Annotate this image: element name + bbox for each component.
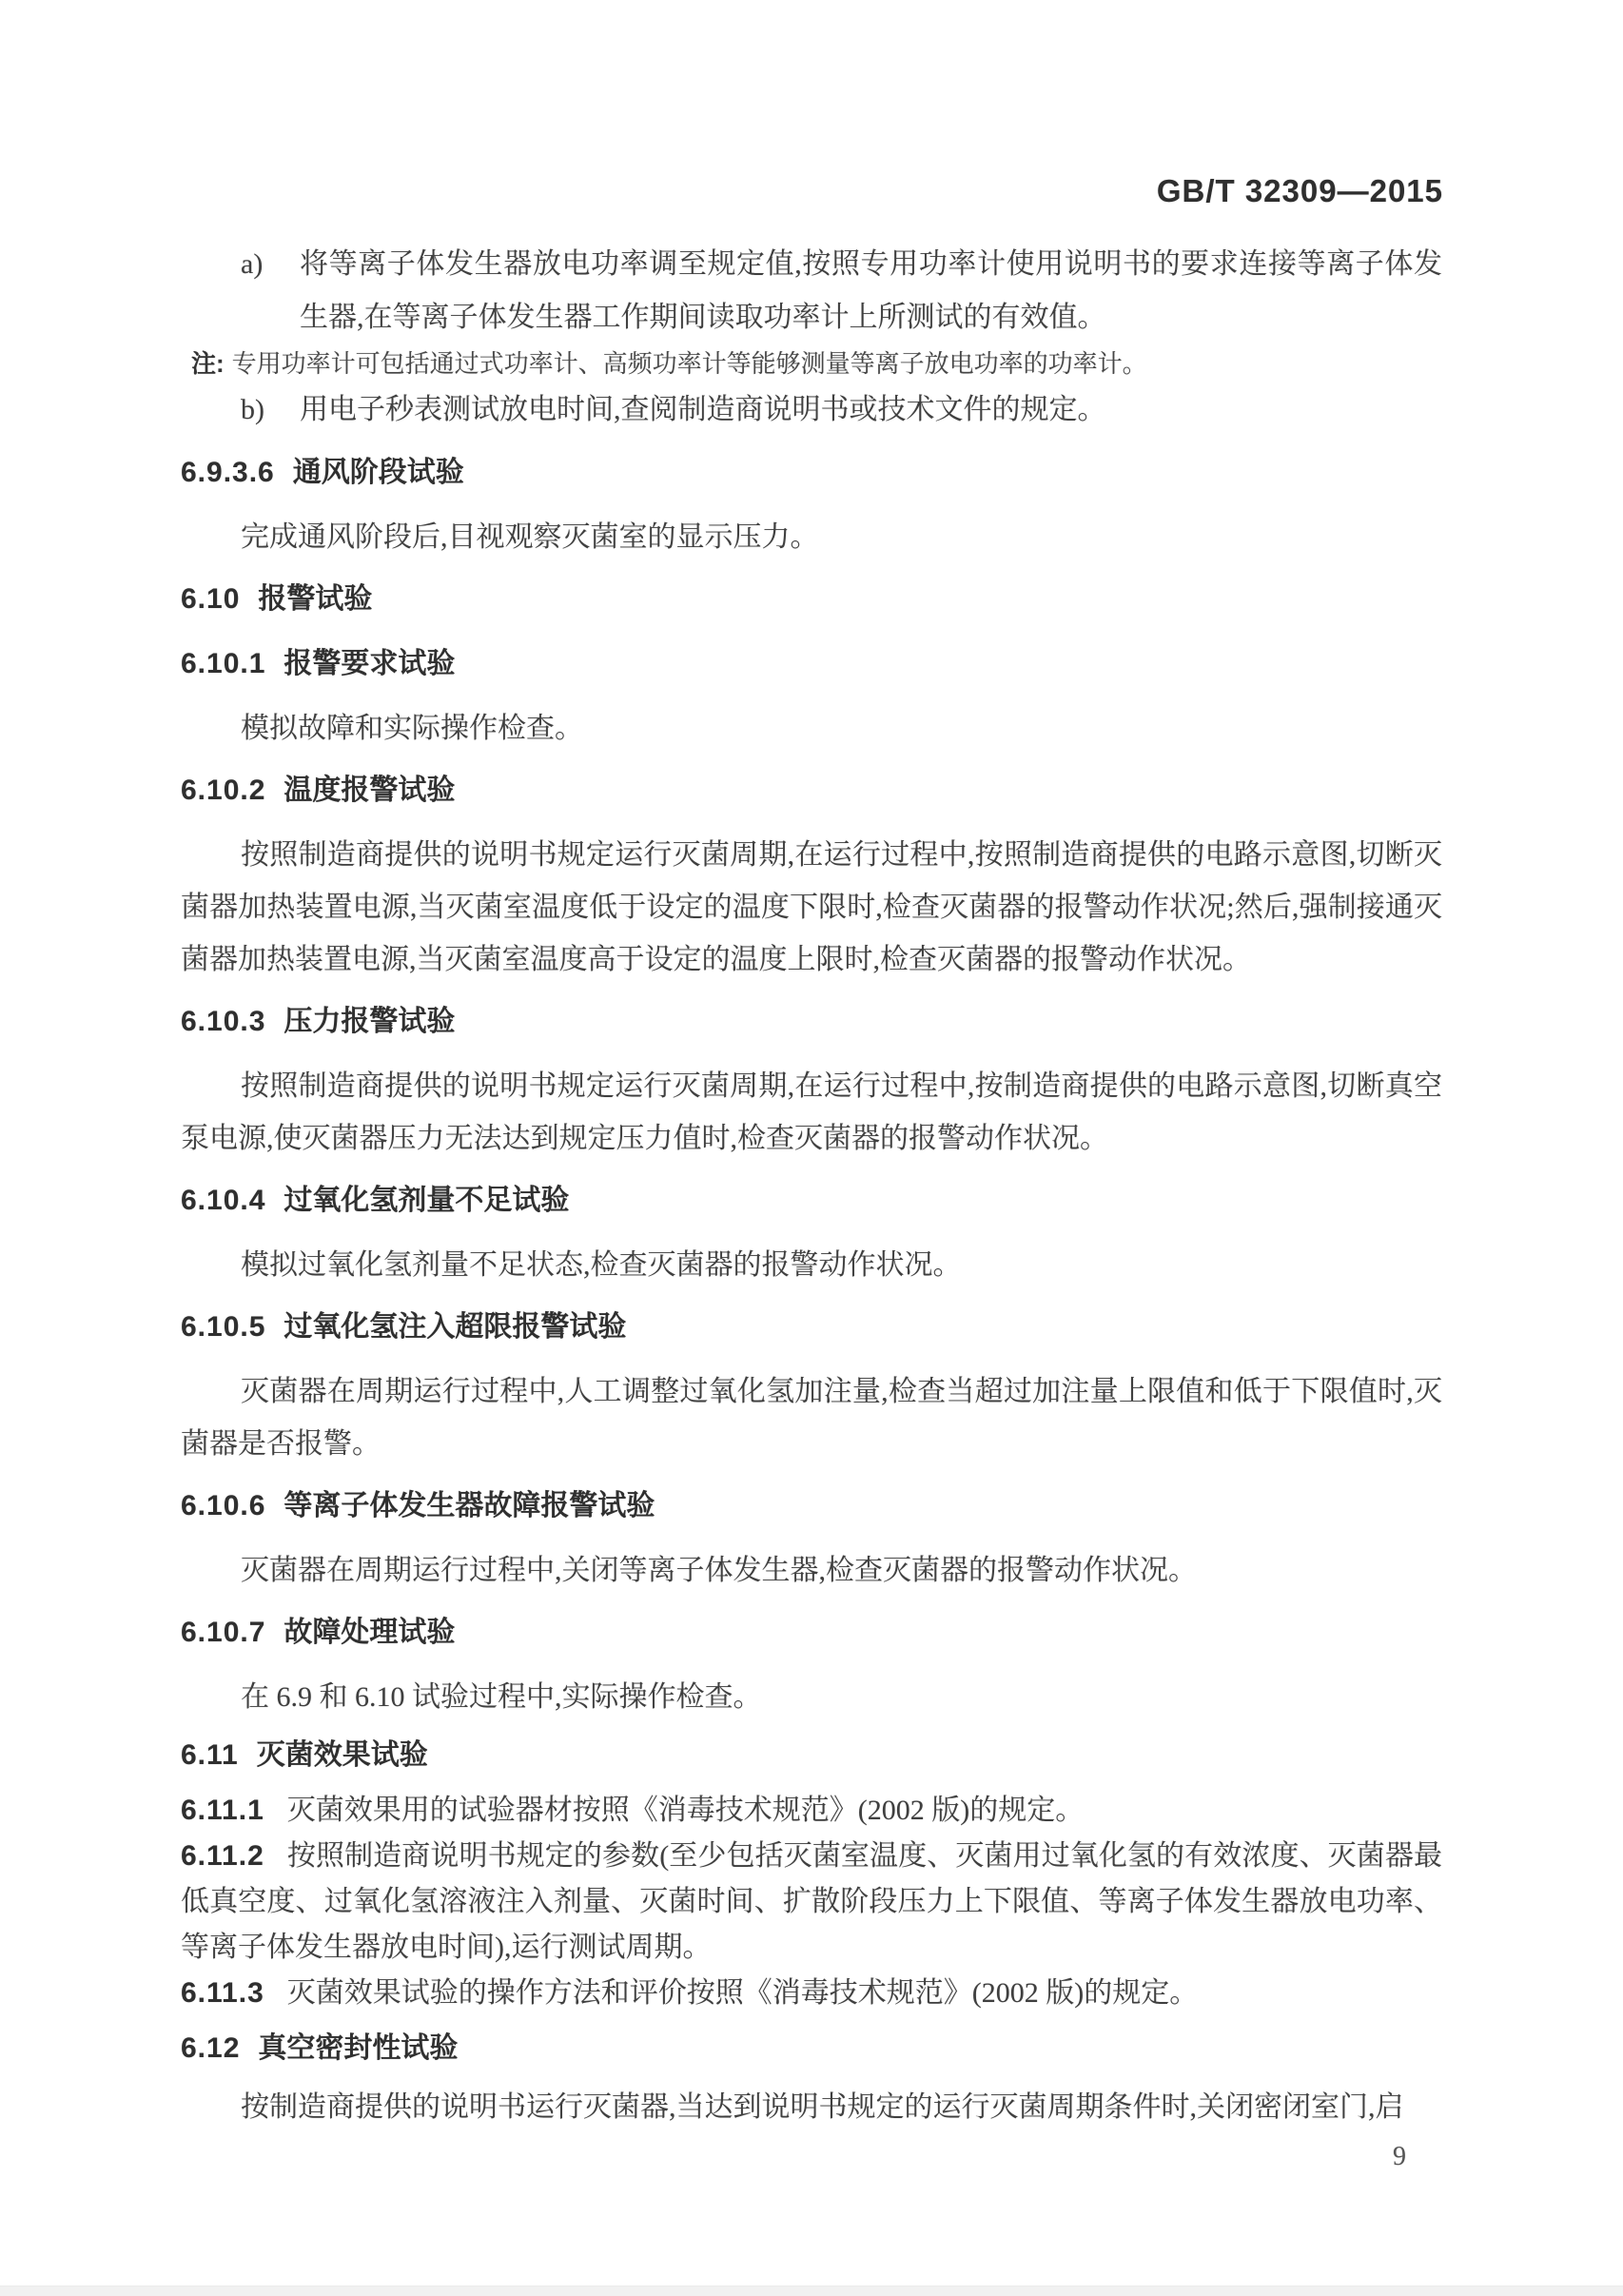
paragraph: 模拟过氧化氢剂量不足状态,检查灭菌器的报警动作状况。 [181,1239,1442,1291]
list-item-b-label: b) [241,383,264,437]
clause-title: 压力报警试验 [284,1006,455,1037]
clause-heading-6-10-5: 6.10.5过氧化氢注入超限报警试验 [181,1301,1442,1354]
clause-number: 6.11.2 [181,1840,264,1872]
numbered-clause-6-11-2: 6.11.2按照制造商说明书规定的参数(至少包括灭菌室温度、灭菌用过氧化氢的有效… [181,1834,1442,1971]
clause-heading-6-12: 6.12真空密封性试验 [181,2022,1442,2075]
clause-heading-6-10-6: 6.10.6等离子体发生器故障报警试验 [181,1480,1442,1533]
note-text: 专用功率计可包括通过式功率计、高频功率计等能够测量等离子放电功率的功率计。 [232,350,1147,378]
clause-number: 6.11.3 [181,1977,264,2009]
clause-heading-6-9-3-6: 6.9.3.6通风阶段试验 [181,446,1442,500]
clause-heading-6-10-7: 6.10.7故障处理试验 [181,1606,1442,1659]
clause-number: 6.10.6 [181,1490,265,1521]
clause-heading-6-10-3: 6.10.3压力报警试验 [181,995,1442,1049]
clause-title: 灭菌效果试验 [257,1739,428,1771]
page-content: a) 将等离子体发生器放电功率调至规定值,按照专用功率计使用说明书的要求连接等离… [181,238,1442,2173]
clause-title: 报警试验 [258,583,372,615]
clause-text: 按照制造商说明书规定的参数(至少包括灭菌室温度、灭菌用过氧化氢的有效浓度、灭菌器… [181,1840,1442,1963]
note-label: 注: [191,349,225,378]
paragraph: 灭菌器在周期运行过程中,人工调整过氧化氢加注量,检查当超过加注量上限值和低于下限… [181,1365,1442,1470]
clause-number: 6.10.3 [181,1006,265,1037]
clause-number: 6.11.1 [181,1795,264,1826]
clause-heading-6-10-4: 6.10.4过氧化氢剂量不足试验 [181,1174,1442,1227]
clause-title: 故障处理试验 [284,1617,455,1648]
clause-title: 通风阶段试验 [293,457,464,488]
list-item-a: a) 将等离子体发生器放电功率调至规定值,按照专用功率计使用说明书的要求连接等离… [181,238,1442,344]
list-item-a-label: a) [241,238,263,291]
clause-number: 6.10 [181,583,240,615]
clause-number: 6.9.3.6 [181,457,275,488]
note-line: 注:专用功率计可包括通过式功率计、高频功率计等能够测量等离子放电功率的功率计。 [181,344,1442,383]
clause-title: 报警要求试验 [284,648,455,679]
document-page: GB/T 32309—2015 a) 将等离子体发生器放电功率调至规定值,按照专… [0,0,1623,2296]
clause-heading-6-11: 6.11灭菌效果试验 [181,1729,1442,1782]
clause-heading-6-10: 6.10报警试验 [181,573,1442,626]
clause-number: 6.10.1 [181,648,265,679]
clause-number: 6.10.7 [181,1617,265,1648]
paragraph: 完成通风阶段后,目视观察灭菌室的显示压力。 [181,511,1442,563]
clause-number: 6.10.4 [181,1185,265,1216]
clause-title: 过氧化氢剂量不足试验 [284,1185,569,1216]
paragraph: 按照制造商提供的说明书规定运行灭菌周期,在运行过程中,按照制造商提供的电路示意图… [181,829,1442,986]
list-item-b: b) 用电子秒表测试放电时间,查阅制造商说明书或技术文件的规定。 [181,383,1442,437]
clause-number: 6.10.5 [181,1311,265,1343]
page-bottom-edge [0,2286,1623,2296]
clause-text: 灭菌效果用的试验器材按照《消毒技术规范》(2002 版)的规定。 [287,1795,1084,1826]
clause-number: 6.11 [181,1739,239,1771]
clause-number: 6.10.2 [181,775,265,806]
clause-title: 温度报警试验 [284,775,455,806]
paragraph: 按制造商提供的说明书运行灭菌器,当达到说明书规定的运行灭菌周期条件时,关闭密闭室… [181,2081,1442,2133]
page-number: 9 [181,2141,1442,2173]
paragraph: 模拟故障和实际操作检查。 [181,702,1442,755]
standard-number-header: GB/T 32309—2015 [1157,173,1443,209]
clause-title: 真空密封性试验 [258,2032,458,2064]
paragraph: 灭菌器在周期运行过程中,关闭等离子体发生器,检查灭菌器的报警动作状况。 [181,1544,1442,1597]
clause-title: 过氧化氢注入超限报警试验 [284,1311,626,1343]
paragraph: 在 6.9 和 6.10 试验过程中,实际操作检查。 [181,1671,1442,1723]
list-item-a-text: 将等离子体发生器放电功率调至规定值,按照专用功率计使用说明书的要求连接等离子体发… [300,248,1442,333]
clause-heading-6-10-2: 6.10.2温度报警试验 [181,764,1442,817]
clause-number: 6.12 [181,2032,240,2064]
list-item-b-text: 用电子秒表测试放电时间,查阅制造商说明书或技术文件的规定。 [300,394,1106,425]
clause-title: 等离子体发生器故障报警试验 [284,1490,655,1521]
clause-heading-6-10-1: 6.10.1报警要求试验 [181,638,1442,691]
clause-text: 灭菌效果试验的操作方法和评价按照《消毒技术规范》(2002 版)的规定。 [287,1977,1198,2009]
numbered-clause-6-11-1: 6.11.1灭菌效果用的试验器材按照《消毒技术规范》(2002 版)的规定。 [181,1788,1442,1834]
paragraph: 按照制造商提供的说明书规定运行灭菌周期,在运行过程中,按制造商提供的电路示意图,… [181,1060,1442,1165]
numbered-clause-6-11-3: 6.11.3灭菌效果试验的操作方法和评价按照《消毒技术规范》(2002 版)的规… [181,1971,1442,2016]
